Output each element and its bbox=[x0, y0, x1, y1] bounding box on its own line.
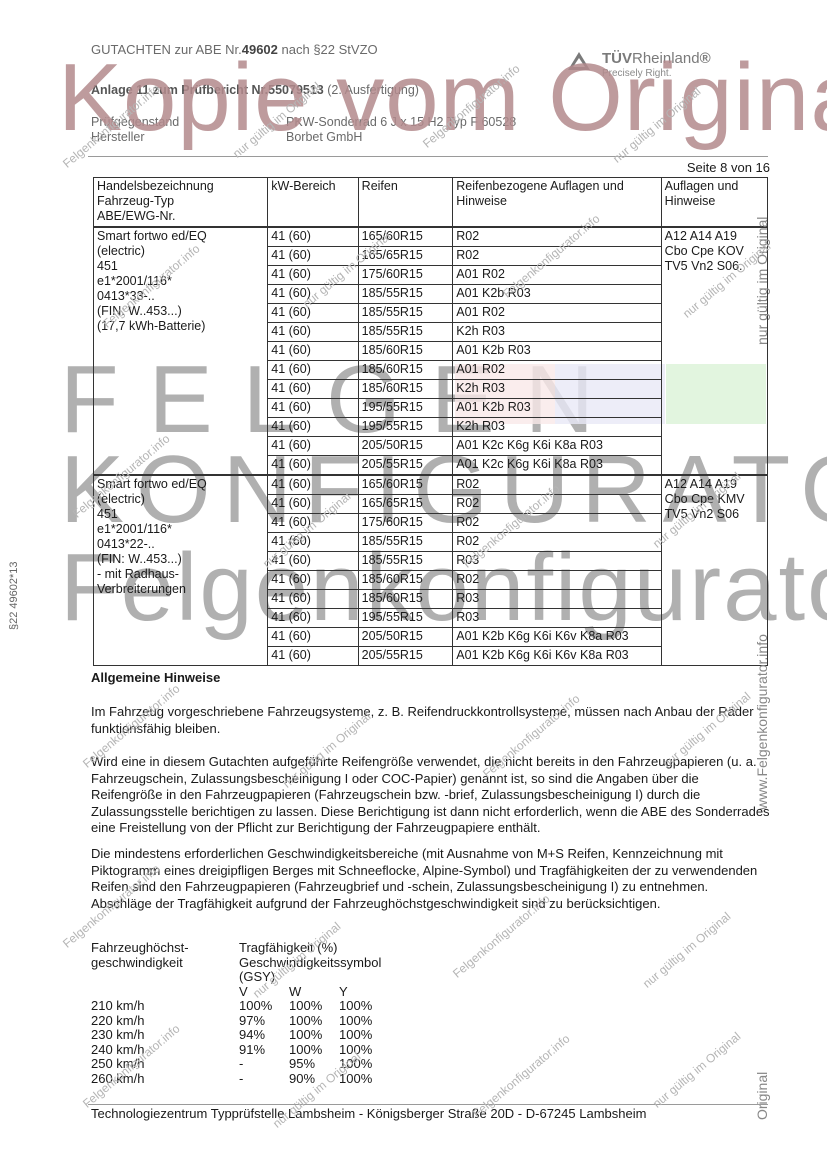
tire-cell: 165/65R15 bbox=[358, 495, 453, 514]
header-notes: Auflagen und Hinweise bbox=[661, 178, 767, 228]
kw-cell: 41 (60) bbox=[268, 380, 358, 399]
document-page: FELGEN KONFIGURATOR Felgenkonfigurator.i… bbox=[0, 0, 827, 1170]
symbol-w: W bbox=[289, 985, 339, 1000]
tire-cell: 185/60R15 bbox=[358, 361, 453, 380]
table-row: Smart fortwo ed/EQ (electric) 451 e1*200… bbox=[94, 475, 768, 495]
tire-cell: 185/55R15 bbox=[358, 533, 453, 552]
capacity-cell: 100% bbox=[239, 999, 289, 1014]
kw-cell: 41 (60) bbox=[268, 628, 358, 647]
table-header-row: Handelsbezeichnung Fahrzeug-Typ ABE/EWG-… bbox=[94, 178, 768, 228]
tire-cell: 185/55R15 bbox=[358, 285, 453, 304]
load-header-row: Fahrzeughöchst- geschwindigkeit Tragfähi… bbox=[91, 941, 399, 956]
tire-cell: 185/60R15 bbox=[358, 571, 453, 590]
tire-cell: 195/55R15 bbox=[358, 399, 453, 418]
header-kw: kW-Bereich bbox=[268, 178, 358, 228]
header-divider bbox=[88, 156, 768, 157]
tire-notes-cell: R02 bbox=[453, 514, 661, 533]
tire-notes-cell: A01 R02 bbox=[453, 361, 661, 380]
tire-notes-cell: R03 bbox=[453, 590, 661, 609]
load-header-speed: Fahrzeughöchst- geschwindigkeit bbox=[91, 941, 239, 999]
tire-notes-cell: K2h R03 bbox=[453, 380, 661, 399]
symbol-y: Y bbox=[339, 985, 399, 1000]
capacity-cell: 100% bbox=[289, 1014, 339, 1029]
kw-cell: 41 (60) bbox=[268, 323, 358, 342]
tire-cell: 165/60R15 bbox=[358, 475, 453, 495]
tire-cell: 185/60R15 bbox=[358, 590, 453, 609]
kw-cell: 41 (60) bbox=[268, 571, 358, 590]
tire-notes-cell: K2h R03 bbox=[453, 418, 661, 437]
tire-notes-cell: R02 bbox=[453, 495, 661, 514]
tire-notes-cell: A01 K2c K6g K6i K8a R03 bbox=[453, 437, 661, 456]
kw-cell: 41 (60) bbox=[268, 342, 358, 361]
tire-cell: 205/55R15 bbox=[358, 456, 453, 476]
general-paragraph-1: Im Fahrzeug vorgeschriebene Fahrzeugsyst… bbox=[91, 704, 771, 737]
page-indicator: Seite 8 von 16 bbox=[687, 160, 770, 175]
load-row: 230 km/h94%100%100% bbox=[91, 1028, 399, 1043]
side-reference: §22 49602*13 bbox=[8, 561, 20, 630]
tire-notes-cell: A01 R02 bbox=[453, 266, 661, 285]
capacity-cell: - bbox=[239, 1057, 289, 1072]
tire-notes-cell: K2h R03 bbox=[453, 323, 661, 342]
tire-cell: 185/60R15 bbox=[358, 342, 453, 361]
load-row: 260 km/h-90%100% bbox=[91, 1072, 399, 1087]
kw-cell: 41 (60) bbox=[268, 227, 358, 247]
tire-cell: 175/60R15 bbox=[358, 266, 453, 285]
capacity-cell: 94% bbox=[239, 1028, 289, 1043]
capacity-cell: 100% bbox=[339, 1028, 399, 1043]
general-paragraph-3: Die mindestens erforderlichen Geschwindi… bbox=[91, 846, 771, 912]
capacity-cell: 100% bbox=[339, 1014, 399, 1029]
diagonal-watermark: nur gültig im Original bbox=[640, 909, 733, 990]
tire-notes-cell: A01 K2b R03 bbox=[453, 342, 661, 361]
header-vehicle: Handelsbezeichnung Fahrzeug-Typ ABE/EWG-… bbox=[94, 178, 268, 228]
tire-cell: 185/55R15 bbox=[358, 552, 453, 571]
capacity-cell: 100% bbox=[339, 999, 399, 1014]
side-watermark-original: nur gültig im Original bbox=[754, 217, 770, 345]
load-row: 210 km/h100%100%100% bbox=[91, 999, 399, 1014]
tire-cell: 205/50R15 bbox=[358, 437, 453, 456]
side-watermark-original-bottom: Original bbox=[754, 1072, 770, 1120]
kw-cell: 41 (60) bbox=[268, 418, 358, 437]
tire-notes-cell: A01 R02 bbox=[453, 304, 661, 323]
kw-cell: 41 (60) bbox=[268, 437, 358, 456]
speed-cell: 220 km/h bbox=[91, 1014, 239, 1029]
tire-cell: 205/50R15 bbox=[358, 628, 453, 647]
tire-cell: 175/60R15 bbox=[358, 514, 453, 533]
capacity-cell: 100% bbox=[289, 1043, 339, 1058]
tire-notes-cell: R02 bbox=[453, 571, 661, 590]
speed-cell: 210 km/h bbox=[91, 999, 239, 1014]
tire-cell: 195/55R15 bbox=[358, 418, 453, 437]
capacity-cell: 100% bbox=[289, 999, 339, 1014]
header-tire: Reifen bbox=[358, 178, 453, 228]
capacity-cell: 100% bbox=[339, 1072, 399, 1087]
header-tire-notes: Reifenbezogene Auflagen und Hinweise bbox=[453, 178, 661, 228]
tire-notes-cell: A01 K2b R03 bbox=[453, 399, 661, 418]
diagonal-watermark: nur gültig im Original bbox=[650, 1029, 743, 1110]
tire-notes-cell: A01 K2b K6g K6i K6v K8a R03 bbox=[453, 647, 661, 666]
tire-cell: 185/55R15 bbox=[358, 304, 453, 323]
kw-cell: 41 (60) bbox=[268, 609, 358, 628]
vehicle-cell: Smart fortwo ed/EQ (electric) 451 e1*200… bbox=[94, 475, 268, 666]
tire-notes-cell: A01 K2b R03 bbox=[453, 285, 661, 304]
load-row: 220 km/h97%100%100% bbox=[91, 1014, 399, 1029]
kw-cell: 41 (60) bbox=[268, 361, 358, 380]
tire-cell: 185/55R15 bbox=[358, 323, 453, 342]
tire-notes-cell: A01 K2b K6g K6i K6v K8a R03 bbox=[453, 628, 661, 647]
capacity-cell: 100% bbox=[289, 1028, 339, 1043]
tire-cell: 205/55R15 bbox=[358, 647, 453, 666]
kw-cell: 41 (60) bbox=[268, 647, 358, 666]
general-heading: Allgemeine Hinweise bbox=[91, 670, 771, 687]
footer-address: Technologiezentrum Typprüfstelle Lambshe… bbox=[91, 1106, 646, 1121]
tire-notes-cell: R03 bbox=[453, 609, 661, 628]
capacity-cell: 97% bbox=[239, 1014, 289, 1029]
capacity-cell: 91% bbox=[239, 1043, 289, 1058]
capacity-cell: - bbox=[239, 1072, 289, 1087]
tire-cell: 195/55R15 bbox=[358, 609, 453, 628]
tire-cell: 185/60R15 bbox=[358, 380, 453, 399]
tire-notes-cell: A01 K2c K6g K6i K8a R03 bbox=[453, 456, 661, 476]
kw-cell: 41 (60) bbox=[268, 399, 358, 418]
speed-cell: 250 km/h bbox=[91, 1057, 239, 1072]
kw-cell: 41 (60) bbox=[268, 590, 358, 609]
kw-cell: 41 (60) bbox=[268, 456, 358, 476]
